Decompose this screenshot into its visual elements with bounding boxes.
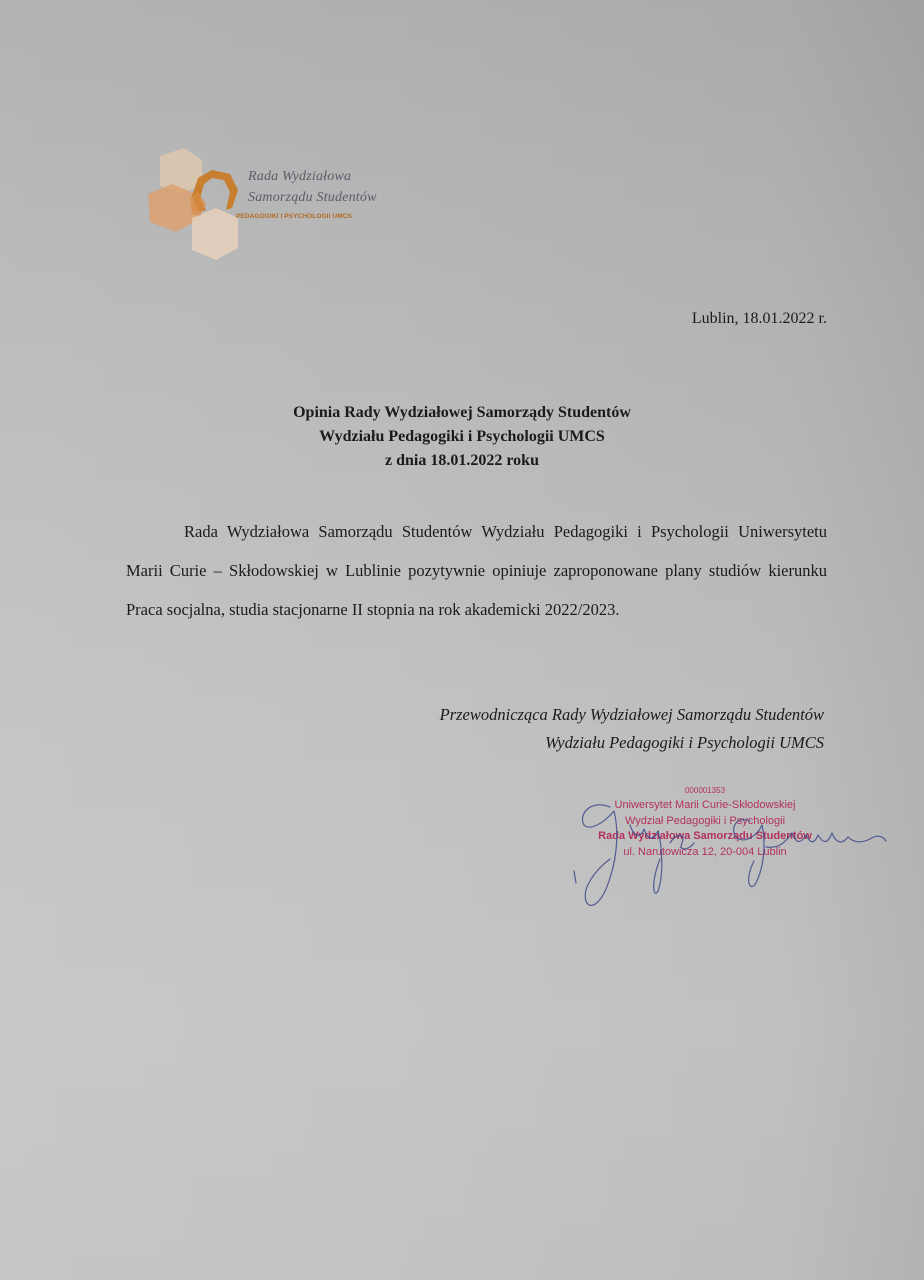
- title-line-1: Opinia Rady Wydziałowej Samorządy Studen…: [0, 401, 924, 425]
- document-date: Lublin, 18.01.2022 r.: [692, 310, 827, 328]
- stamp-line-2: Wydział Pedagogiki i Psychologii: [580, 814, 830, 830]
- stamp-line-4: ul. Narutowicza 12, 20-004 Lublin: [580, 845, 830, 861]
- title-line-3: z dnia 18.01.2022 roku: [0, 449, 924, 473]
- logo-text-line1: Rada Wydziałowa: [248, 169, 351, 185]
- stamp-line-1: Uniwersytet Marii Curie-Skłodowskiej: [580, 798, 830, 814]
- council-logo: Rada Wydziałowa Samorządu Studentów PEDA…: [146, 148, 406, 266]
- stamp-number: 000001353: [580, 784, 830, 798]
- logo-text-faculty: PEDAGOGIKI I PSYCHOLOGII UMCS: [236, 213, 352, 220]
- official-stamp: 000001353 Uniwersytet Marii Curie-Skłodo…: [580, 784, 830, 860]
- hexagon-cluster-icon: [146, 148, 246, 266]
- stamp-line-3: Rada Wydziałowa Samorządu Studentów: [580, 829, 830, 845]
- signatory-line-2: Wydziału Pedagogiki i Psychologii UMCS: [440, 729, 824, 757]
- title-line-2: Wydziału Pedagogiki i Psychologii UMCS: [0, 425, 924, 449]
- paper-shading: [0, 0, 924, 1280]
- logo-text-line2: Samorządu Studentów: [248, 190, 377, 206]
- signatory-line-1: Przewodnicząca Rady Wydziałowej Samorząd…: [440, 701, 824, 729]
- document-title: Opinia Rady Wydziałowej Samorządy Studen…: [0, 401, 924, 473]
- document-body: Rada Wydziałowa Samorządu Studentów Wydz…: [126, 512, 827, 629]
- signatory-block: Przewodnicząca Rady Wydziałowej Samorząd…: [440, 701, 824, 757]
